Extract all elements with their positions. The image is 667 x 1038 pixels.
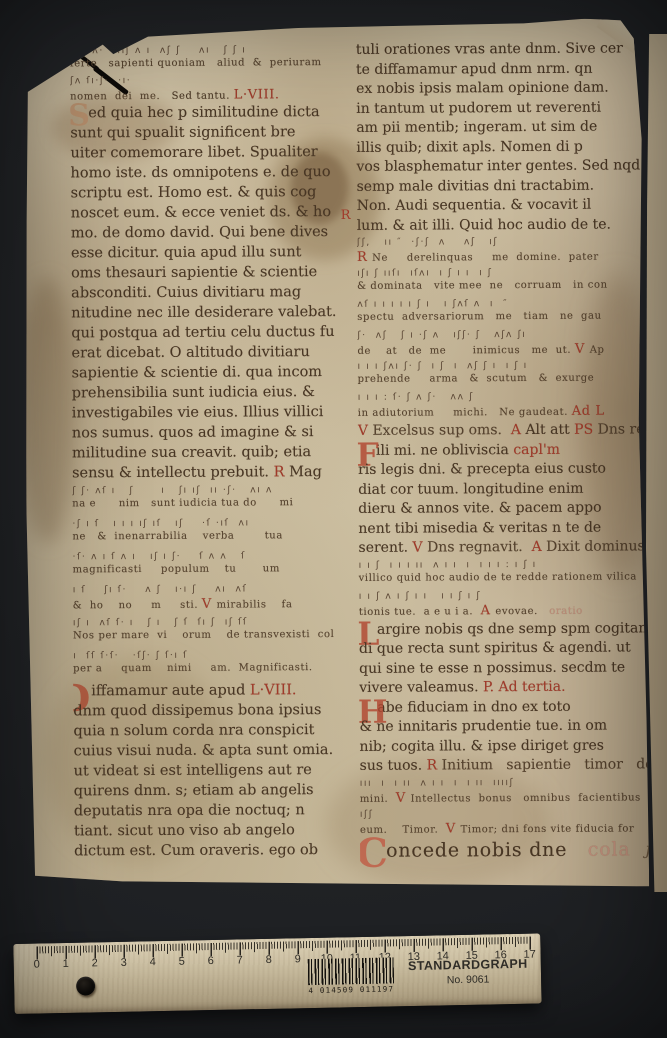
manuscript-text: Timor; dni fons vite fiducia for bbox=[461, 823, 635, 835]
manuscript-text: qui sine te esse n possimus. secdm te bbox=[359, 659, 625, 676]
ruler-number: 1 bbox=[63, 958, 69, 970]
text-line: ʃʌ ſı·ʃ· ·ı·nomen dei me. Sed tantu. L·V… bbox=[70, 74, 360, 106]
rubric-text: R bbox=[274, 464, 290, 480]
ruler-number: 7 bbox=[237, 954, 243, 966]
text-line: dictum est. Cum oraveris. ego ob bbox=[74, 842, 364, 864]
manuscript-text: te diffamamur apud dnm nrm. qn bbox=[356, 60, 593, 77]
text-line: in tantum ut pudorem ut reverenti bbox=[356, 99, 648, 120]
manuscript-text: & dominata vite mee ne corruam in con bbox=[357, 280, 608, 292]
ruler-number: 5 bbox=[179, 956, 185, 968]
text-line: ııı ı ı ıı ʌ ı ı ı ı ıı ııııʃmini. V Int… bbox=[360, 776, 652, 809]
manuscript-text: nitudine nec ille desiderare valebat. bbox=[71, 304, 336, 321]
ruler-number: 8 bbox=[266, 954, 272, 966]
text-line: ı ı ʃ ʌ ı ʃ ı ı ı ı ʃ ı ʃtionis tue. a e… bbox=[359, 589, 651, 622]
text-line: nib; cogita illu. & ipse diriget gres bbox=[359, 737, 651, 758]
text-line: homo iste. ds omnipotens e. de quo bbox=[70, 164, 360, 186]
manuscript-text: Nos per mare vi orum de transvexisti col bbox=[73, 629, 334, 641]
text-line: Diffamamur aute apud L·VIII. bbox=[73, 682, 363, 704]
manuscript-text: Ap bbox=[590, 345, 605, 356]
manuscript-text: Dns regnavit. bbox=[427, 539, 532, 556]
manuscript-text: Ne derelinquas me domine. pater bbox=[372, 252, 599, 264]
text-line: ʃʃ, ıı ″ ·ʃ·ʃ ʌ ʌʃ ıʃR Ne derelinquas me… bbox=[357, 235, 649, 268]
text-line: quia n solum corda nra conspicit bbox=[73, 722, 363, 744]
manuscript-text: oratio bbox=[549, 605, 583, 616]
manuscript-text: Dns regnavit. bbox=[598, 421, 653, 438]
manuscript-text: uiter comemorare libet. Spualiter bbox=[70, 144, 317, 161]
manuscript-text: Dixit dominus bbox=[546, 538, 645, 555]
text-line: ut videat si est intelligens aut re bbox=[74, 762, 364, 784]
text-line: illis quib; dixit apls. Nomen di p bbox=[356, 138, 648, 159]
manuscript-text: oncede nobis dne bbox=[386, 838, 588, 861]
manuscript-text: di que recta sunt spiritus & agendi. ut bbox=[359, 639, 631, 656]
text-line: noscet eum. & ecce veniet ds. & ho bbox=[71, 204, 361, 226]
manuscript-text: am pii mentib; ingeram. ut sim de bbox=[356, 119, 597, 136]
ruler-model-number: No. 9061 bbox=[402, 973, 534, 988]
text-line: qui sine te esse n possimus. secdm te bbox=[359, 659, 651, 680]
text-line: vivere valeamus. P. Ad tertia. bbox=[359, 678, 651, 699]
text-line: militudine sua creavit. quib; etia bbox=[72, 444, 362, 466]
text-line: Sed quia hec p similitudine dicta bbox=[70, 104, 360, 126]
marginal-rubric: R bbox=[341, 208, 351, 223]
text-line: ex nobis ipsis malam opinione dam. bbox=[356, 79, 648, 100]
ruler-number: 4 bbox=[150, 956, 156, 968]
manuscript-text: militudine sua creavit. quib; etia bbox=[72, 444, 311, 461]
barcode: 4 014509 011197 bbox=[308, 957, 395, 1001]
manuscript-text: sunt qui spualit significent bre bbox=[70, 124, 295, 141]
text-line: ıʃʃeum. Timor. V Timor; dni fons vite fi… bbox=[360, 807, 652, 840]
manuscript-text: esse dicitur. quia apud illu sunt bbox=[71, 244, 302, 261]
text-line: scriptu est. Homo est. & quis cog bbox=[71, 184, 361, 206]
text-line: quirens dnm. s; etiam ab angelis bbox=[74, 782, 364, 804]
manuscript-text: oms thesauri sapientie & scientie bbox=[71, 264, 317, 281]
manuscript-text: nos sumus. quos ad imagine & si bbox=[72, 424, 314, 441]
manuscript-text: nib; cogita illu. & ipse diriget gres bbox=[359, 737, 604, 754]
manuscript-text: argire nobis qs dne semp spm cogitan bbox=[377, 620, 648, 637]
text-column-right: tuli orationes vras ante dnm. Sive certe… bbox=[356, 40, 652, 880]
text-line: ʃı ıſʌ· ııʃ ʌ ı ʌʃ ʃ ʌı ʃ ʃ ıferte sapie… bbox=[70, 44, 360, 76]
manuscript-text: Sed tantu. bbox=[172, 91, 234, 102]
text-line: oms thesauri sapientie & scientie bbox=[71, 264, 361, 286]
text-line: Concede nobis dne cola Jocundius. bbox=[360, 838, 652, 868]
ruler: 01234567891011121314151617 4 014509 0111… bbox=[13, 933, 541, 1014]
manuscript-text: ferte sapienti quoniam aliud & periuram bbox=[70, 57, 322, 69]
manuscript-text: Jocundius. bbox=[630, 843, 652, 858]
text-line: Fili mi. ne obliviscia capl'm bbox=[358, 441, 650, 462]
text-line: dnm quod dissipemus bona ipsius bbox=[73, 702, 363, 724]
rubric-text: A bbox=[481, 603, 496, 618]
manuscript-text: qui postqua ad tertiu celu ductus fu bbox=[71, 324, 334, 341]
text-line: ı ı ı ʃʌı ʃ· ʃ ı ʃ ı ʌʃ ʃ ı ı ʃ ıprehend… bbox=[358, 359, 650, 392]
manuscript-text: diat cor tuum. longitudine enim bbox=[358, 480, 583, 497]
marginalia-layer: R bbox=[24, 18, 645, 21]
ruler-hole bbox=[76, 976, 95, 995]
manuscript-text: ex nobis ipsis malam opinione dam. bbox=[356, 80, 609, 97]
rubric-text: A bbox=[532, 539, 547, 555]
text-line: semp male divitias dni tractabim. bbox=[357, 177, 649, 198]
manuscript-text: vos blasphematur inter gentes. Sed nqd bbox=[356, 157, 640, 174]
text-line: ı ı ʃ ı ı ı ıı ʌ ı ı ı ı ı ı : ı ʃ ıvill… bbox=[359, 558, 651, 591]
text-line: serent. V Dns regnavit. A Dixit dominus bbox=[358, 538, 650, 559]
manuscript-text: investigabiles vie eius. Illius villici bbox=[72, 404, 324, 421]
rubric-text: V bbox=[575, 342, 590, 357]
text-line: ʃ ʃ· ʌſ ı ʃ ı ʃı ıʃ ıı ·ʃ· ʌı ʌna e nim … bbox=[72, 484, 362, 519]
text-line: prehensibilia sunt iudicia eius. & bbox=[72, 384, 362, 406]
rubric-text: R bbox=[357, 250, 372, 265]
text-line: ʌſ ı ı ı ı ı ʃ ı ı ʃʌſ ʌ ı ″spectu adver… bbox=[357, 297, 649, 330]
manuscript-text: lum. & ait illi. Quid hoc audio de te. bbox=[357, 216, 611, 233]
manuscript-text: nent tibi misedia & veritas n te de bbox=[358, 519, 601, 536]
ruler-brand-name: STANDARDGRAPH bbox=[402, 957, 534, 974]
text-line: tuli orationes vras ante dnm. Sive cer bbox=[356, 40, 648, 61]
manuscript-text: tiant. sicut uno viso ab angelo bbox=[74, 822, 295, 839]
rubric-text: A bbox=[511, 422, 526, 438]
manuscript-text: Alt att bbox=[525, 422, 574, 438]
text-line: V Excelsus sup oms. A Alt att PS Dns reg… bbox=[358, 421, 650, 442]
text-line: vos blasphematur inter gentes. Sed nqd bbox=[356, 157, 648, 178]
ruler-number: 2 bbox=[92, 957, 98, 969]
manuscript-text: per a quam nimi am. Magnificasti. bbox=[73, 662, 313, 674]
manuscript-text: iffamamur aute apud bbox=[91, 682, 250, 699]
manuscript-text: Initium sapientie timor do bbox=[442, 756, 653, 773]
text-line: di que recta sunt spiritus & agendi. ut bbox=[359, 639, 651, 660]
text-line: diat cor tuum. longitudine enim bbox=[358, 480, 650, 501]
manuscript-text: villico quid hoc audio de te redde ratio… bbox=[359, 571, 637, 583]
manuscript-text: dictum est. Cum oraveris. ego ob bbox=[74, 842, 318, 859]
manuscript-text: ut videat si est intelligens aut re bbox=[74, 762, 312, 779]
text-column-left: ʃı ıſʌ· ııʃ ʌ ı ʌʃ ʃ ʌı ʃ ʃ ıferte sapie… bbox=[70, 44, 364, 872]
manuscript-text: evovae. bbox=[495, 605, 549, 616]
manuscript-text: in adiutorium michi. Ne gaudeat. bbox=[358, 407, 572, 419]
text-line: ı ı ı : ſ· ʃ ʌ ʃ· ʌʌ ʃin adiutorium mich… bbox=[358, 390, 650, 423]
manuscript-text: spectu adversariorum me tiam ne gau bbox=[357, 311, 601, 323]
manuscript-text: serent. bbox=[358, 540, 412, 556]
rubric-text: L·VIII. bbox=[250, 682, 297, 698]
text-line: qui postqua ad tertiu celu ductus fu bbox=[71, 324, 361, 346]
text-line: uiter comemorare libet. Spualiter bbox=[70, 144, 360, 166]
manuscript-text: sus tuos. bbox=[360, 758, 427, 774]
text-line: & ne innitaris prudentie tue. in om bbox=[359, 717, 651, 738]
text-line: deputatis nra opa die noctuq; n bbox=[74, 802, 364, 824]
text-line: lum. & ait illi. Quid hoc audio de te. bbox=[357, 216, 649, 237]
manuscript-text: Mag bbox=[289, 464, 322, 480]
text-line: dieru & annos vite. & pacem appo bbox=[358, 499, 650, 520]
manuscript-text: scriptu est. Homo est. & quis cog bbox=[71, 184, 317, 201]
text-line: te diffamamur apud dnm nrm. qn bbox=[356, 60, 648, 81]
ruler-number: 0 bbox=[34, 958, 40, 970]
manuscript-text: sensu & intellectu prebuit. bbox=[72, 464, 274, 481]
barcode-bars bbox=[308, 957, 395, 985]
text-line: sus tuos. R Initium sapientie timor do bbox=[360, 756, 652, 777]
text-line: sunt qui spualit significent bre bbox=[70, 124, 360, 146]
text-line: nent tibi misedia & veritas n te de bbox=[358, 519, 650, 540]
rubric-text: V bbox=[396, 790, 411, 805]
manuscript-text: prehensibilia sunt iudicia eius. & bbox=[72, 384, 315, 401]
manuscript-text: sapientie & scientie di. qua incom bbox=[72, 364, 323, 381]
manuscript-text: & ho no m sti. bbox=[73, 600, 202, 612]
text-line: Non. Audi sequentia. & vocavit il bbox=[357, 196, 649, 217]
text-line: cuius visui nuda. & apta sunt omia. bbox=[74, 742, 364, 764]
manuscript-text: ed quia hec p similitudine dicta bbox=[88, 104, 319, 121]
text-line: esse dicitur. quia apud illu sunt bbox=[71, 244, 361, 266]
text-line: sensu & intellectu prebuit. R Mag bbox=[72, 464, 362, 486]
text-line: investigabiles vie eius. Illius villici bbox=[72, 404, 362, 426]
manuscript-text: Intellectus bonus omnibus facientibus bbox=[411, 792, 641, 804]
manuscript-text: dieru & annos vite. & pacem appo bbox=[358, 500, 601, 517]
rubric-text: R bbox=[427, 757, 442, 773]
rubric-text: V bbox=[412, 540, 427, 556]
text-line: erat dicebat. O altitudo divitiaru bbox=[71, 344, 361, 366]
manuscript-text: noscet eum. & ecce veniet ds. & ho bbox=[71, 204, 331, 221]
ruler-number: 3 bbox=[121, 957, 127, 969]
rubric-text: V bbox=[446, 821, 461, 836]
text-line: ʃ· ʌʃ ʃ ı ·ʃ ʌ ıʃʃ· ʃ ʌʃʌ ʃıde at de me … bbox=[357, 328, 649, 361]
rubric-text: Ad L bbox=[572, 404, 605, 419]
manuscript-text: erat dicebat. O altitudo divitiaru bbox=[71, 344, 309, 361]
text-line: mo. de domo david. Qui bene dives bbox=[71, 224, 361, 246]
manuscript-text: dnm quod dissipemus bona ipsius bbox=[73, 702, 321, 719]
manuscript-text: ris legis dni. & precepta eius custo bbox=[358, 461, 606, 478]
manuscript-text: Non. Audi sequentia. & vocavit il bbox=[357, 197, 592, 214]
manuscript-text: tuli orationes vras ante dnm. Sive cer bbox=[356, 40, 623, 57]
text-line: ı ſſ ſ·ſ· ·ſʃ· ʃ ſ·ı ſper a quam nimi am… bbox=[73, 649, 363, 684]
ruler-number: 9 bbox=[295, 953, 301, 965]
illuminated-initial: C bbox=[356, 833, 389, 873]
text-line: Largire nobis qs dne semp spm cogitan bbox=[359, 620, 651, 641]
manuscript-text: absconditi. Cuius divitiaru mag bbox=[71, 284, 301, 301]
text-line: tiant. sicut uno viso ab angelo bbox=[74, 822, 364, 844]
photograph-backdrop: ʃı ıſʌ· ııʃ ʌ ı ʌʃ ʃ ʌı ʃ ʃ ıferte sapie… bbox=[0, 0, 667, 1038]
text-line: ·ſ· ʌ ı ſ ʌ ı ıʃ ı ʃ· ſ ʌ ʌ ſmagnificast… bbox=[73, 550, 363, 585]
ruler-number: 6 bbox=[208, 955, 214, 967]
manuscript-page: ʃı ıſʌ· ııʃ ʌ ı ʌʃ ʃ ʌı ʃ ʃ ıferte sapie… bbox=[24, 18, 650, 889]
manuscript-text: na e nim sunt iudicia tua do mi bbox=[72, 497, 293, 509]
manuscript-text: quia n solum corda nra conspicit bbox=[73, 722, 314, 739]
manuscript-text: in tantum ut pudorem ut reverenti bbox=[356, 99, 601, 116]
manuscript-text: cola bbox=[588, 838, 631, 860]
manuscript-text: ili mi. ne obliviscia bbox=[376, 442, 513, 459]
manuscript-text: abe fiduciam in dno ex toto bbox=[377, 698, 570, 715]
manuscript-text: illis quib; dixit apls. Nomen di p bbox=[356, 138, 583, 155]
text-line: ·ʃ ı ſ ı ı ı ıʃ ıſ ıʃ ·ſ ·ıſ ʌıne & inen… bbox=[72, 517, 362, 552]
barcode-digits: 4 014509 011197 bbox=[308, 984, 394, 995]
manuscript-text: & ne innitaris prudentie tue. in om bbox=[359, 718, 607, 735]
manuscript-text: prehende arma & scutum & exurge bbox=[358, 373, 595, 385]
manuscript-text: deputatis nra opa die noctuq; n bbox=[74, 802, 305, 819]
text-line: ı ſ ʃı ſ· ʌ ʃ ı·ı ʃ ʌı ʌſ& ho no m sti. … bbox=[73, 583, 363, 618]
manuscript-text: mo. de domo david. Qui bene dives bbox=[71, 224, 328, 241]
manuscript-text: mini. bbox=[360, 793, 396, 804]
text-line: ıʃ ı ʌſ ſ· ı ʃ ı ʃ ſ ſı ʃ ıʃ ſſNos per m… bbox=[73, 616, 363, 651]
rubric-text: PS bbox=[574, 422, 598, 438]
ruler-brand: STANDARDGRAPH No. 9061 bbox=[402, 957, 535, 988]
text-line: Habe fiduciam in dno ex toto bbox=[359, 698, 651, 719]
underlying-folio-edge bbox=[646, 34, 667, 892]
manuscript-text: magnificasti populum tu um bbox=[73, 563, 280, 575]
manuscript-text: cuius visui nuda. & apta sunt omia. bbox=[74, 742, 334, 759]
text-line: nos sumus. quos ad imagine & si bbox=[72, 424, 362, 446]
parchment-stain bbox=[19, 277, 76, 543]
text-line: sapientie & scientie di. qua incom bbox=[72, 364, 362, 386]
text-line: absconditi. Cuius divitiaru mag bbox=[71, 284, 361, 306]
manuscript-text: de at de me inimicus me ut. bbox=[357, 345, 575, 357]
text-line: ıʃı ʃ ııſı ıſʌı ı ʃ ı ı ı ʃ& dominata vi… bbox=[357, 266, 649, 299]
manuscript-text: ne & inenarrabilia verba tua bbox=[72, 530, 283, 542]
rubric-text: capl'm bbox=[513, 441, 560, 457]
rubric-text: V bbox=[202, 597, 217, 612]
rubric-text: P. bbox=[483, 679, 499, 695]
text-line: am pii mentib; ingeram. ut sim de bbox=[356, 118, 648, 139]
text-line: ris legis dni. & precepta eius custo bbox=[358, 460, 650, 481]
rubric-text: L·VIII. bbox=[234, 87, 280, 102]
manuscript-text: Excelsus sup oms. bbox=[372, 422, 511, 439]
text-line: nitudine nec ille desiderare valebat. bbox=[71, 304, 361, 326]
manuscript-text: mirabilis fa bbox=[217, 599, 293, 610]
rubric-text: Ad tertia. bbox=[498, 679, 565, 695]
manuscript-text: quirens dnm. s; etiam ab angelis bbox=[74, 782, 314, 799]
manuscript-text: semp male divitias dni tractabim. bbox=[357, 177, 595, 194]
manuscript-text: homo iste. ds omnipotens e. de quo bbox=[70, 164, 330, 181]
